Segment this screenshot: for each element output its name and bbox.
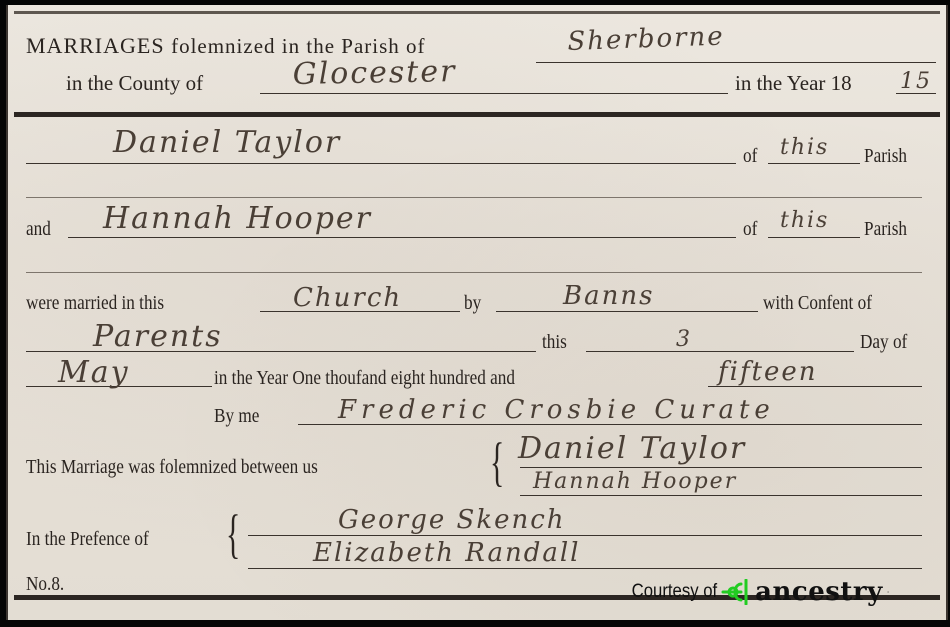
day-line (586, 351, 854, 352)
watermark-trademark: · (887, 588, 890, 597)
ruled-line-1 (26, 197, 922, 198)
signatures-label: This Marriage was folemnized between us (26, 456, 318, 479)
header-title-caps: MARRIAGES (26, 33, 165, 58)
parish-value: Sherborne (567, 22, 725, 57)
this-label: this (542, 331, 567, 354)
ancestry-watermark: Courtesy of ancestry · (620, 577, 889, 607)
consent-label: with Confent of (763, 292, 872, 315)
witnesses-brace: { (226, 503, 240, 565)
officiant-name: Frederic Crosbie Curate (338, 395, 775, 425)
groom-signature: Daniel Taylor (518, 431, 746, 466)
year-text-value: fifteen (718, 357, 818, 387)
groom-residence-line (768, 163, 860, 164)
register-page: MARRIAGES folemnized in the Parish of Sh… (6, 5, 948, 620)
day-value: 3 (676, 327, 692, 352)
method-line (496, 311, 758, 312)
parish-line (536, 62, 936, 63)
bride-and-label: and (26, 218, 51, 241)
signatures-brace: { (490, 431, 504, 493)
month-value: May (58, 355, 130, 390)
bride-signature: Hannah Hooper (533, 469, 737, 494)
year-label: in the Year 18 (735, 71, 852, 96)
by-label: by (464, 292, 481, 315)
top-rule (14, 11, 940, 14)
bride-of-label: of (743, 218, 757, 241)
watermark-brand: ancestry (755, 577, 883, 607)
witness-1-line (248, 535, 922, 536)
bride-name: Hannah Hooper (103, 201, 372, 236)
groom-of-label: of (743, 145, 757, 168)
witness-2: Elizabeth Randall (313, 538, 581, 568)
groom-name: Daniel Taylor (113, 125, 341, 160)
watermark-prefix: Courtesy of (632, 581, 717, 603)
place-value: Church (293, 283, 402, 313)
bride-residence: this (780, 208, 829, 233)
bride-signature-line (520, 495, 922, 496)
header-divider (14, 112, 940, 117)
consent-value: Parents (93, 319, 223, 354)
groom-signature-line (520, 467, 922, 468)
groom-name-line (26, 163, 736, 164)
witness-2-line (248, 568, 922, 569)
by-me-label: By me (214, 405, 259, 428)
married-in-label: were married in this (26, 292, 164, 315)
witness-1: George Skench (338, 505, 566, 535)
groom-residence: this (780, 135, 829, 160)
entry-number: No.8. (26, 573, 64, 596)
groom-parish-label: Parish (864, 145, 907, 168)
year-value: 15 (900, 69, 932, 94)
ruled-line-2 (26, 272, 922, 273)
bride-parish-label: Parish (864, 218, 907, 241)
method-value: Banns (563, 281, 654, 311)
county-label: in the County of (66, 71, 203, 96)
leaf-icon (721, 579, 751, 605)
bride-residence-line (768, 237, 860, 238)
county-line (260, 93, 728, 94)
day-of-label: Day of (860, 331, 907, 354)
witnesses-label: In the Prefence of (26, 528, 149, 551)
county-value: Glocester (292, 54, 456, 92)
bride-name-line (68, 237, 736, 238)
year-text-label: in the Year One thoufand eight hundred a… (214, 367, 515, 390)
scan-frame: MARRIAGES folemnized in the Parish of Sh… (0, 0, 950, 627)
